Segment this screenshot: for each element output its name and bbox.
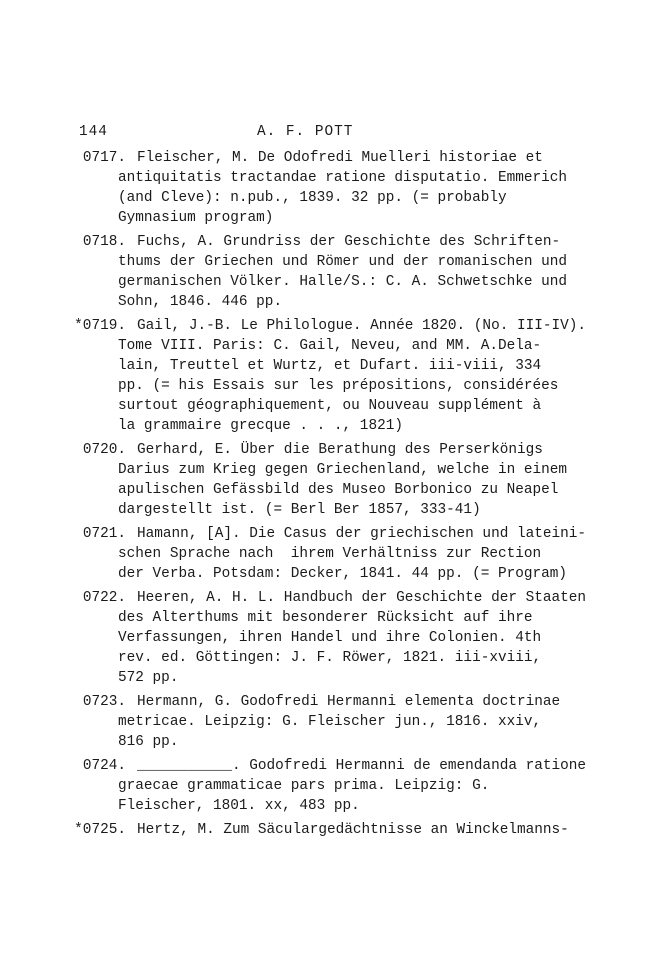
entry-number: *0719. [0,316,126,336]
entry-line: la grammaire grecque . . ., 1821) [118,416,650,436]
entry-line: der Verba. Potsdam: Decker, 1841. 44 pp.… [118,564,650,584]
bibliography-entry-0720: 0720. Gerhard, E. Über die Berathung des… [0,440,650,520]
entry-line: Fleischer, M. De Odofredi Muelleri histo… [118,148,650,168]
entry-line: rev. ed. Göttingen: J. F. Röwer, 1821. i… [118,648,650,668]
entry-line: des Alterthums mit besonderer Rücksicht … [118,608,650,628]
entry-line: Gail, J.-B. Le Philologue. Année 1820. (… [118,316,650,336]
entry-line: germanischen Völker. Halle/S.: C. A. Sch… [118,272,650,292]
entry-line: Darius zum Krieg gegen Griechenland, wel… [118,460,650,480]
entry-line: Hermann, G. Godofredi Hermanni elementa … [118,692,650,712]
entry-line: thums der Griechen und Römer und der rom… [118,252,650,272]
entry-line: antiquitatis tractandae ratione disputat… [118,168,650,188]
entry-number: 0721. [0,524,126,544]
entry-line: Fleischer, 1801. xx, 483 pp. [118,796,650,816]
entry-line: Tome VIII. Paris: C. Gail, Neveu, and MM… [118,336,650,356]
entry-line: ___________. Godofredi Hermanni de emend… [118,756,650,776]
entry-line: 572 pp. [118,668,650,688]
bibliography-entry-0722: 0722. Heeren, A. H. L. Handbuch der Gesc… [0,588,650,688]
entry-line: Gymnasium program) [118,208,650,228]
scanned-book-page: 144 A. F. POTT 0717. Fleischer, M. De Od… [0,0,650,975]
entry-line: schen Sprache nach ihrem Verhältniss zur… [118,544,650,564]
entry-line: apulischen Gefässbild des Museo Borbonic… [118,480,650,500]
page-header: 144 A. F. POTT [0,124,650,144]
entry-line: 816 pp. [118,732,650,752]
entry-number: 0720. [0,440,126,460]
bibliography-entry-0721: 0721. Hamann, [A]. Die Casus der griechi… [0,524,650,584]
entry-line: dargestellt ist. (= Berl Ber 1857, 333-4… [118,500,650,520]
entry-line: (and Cleve): n.pub., 1839. 32 pp. (= pro… [118,188,650,208]
entry-line: Heeren, A. H. L. Handbuch der Geschichte… [118,588,650,608]
entry-number: 0724. [0,756,126,776]
bibliography-entry-0717: 0717. Fleischer, M. De Odofredi Muelleri… [0,148,650,228]
entry-line: Hertz, M. Zum Säculargedächtnisse an Win… [118,820,650,840]
entry-line: graecae grammaticae pars prima. Leipzig:… [118,776,650,796]
entry-number: 0717. [0,148,126,168]
bibliography-entry-0725: *0725. Hertz, M. Zum Säculargedächtnisse… [0,820,650,840]
bibliography-entry-0723: 0723. Hermann, G. Godofredi Hermanni ele… [0,692,650,752]
bibliography-entry-0724: 0724. ___________. Godofredi Hermanni de… [0,756,650,816]
page-number: 144 [79,124,108,140]
entry-number: 0723. [0,692,126,712]
entry-number: *0725. [0,820,126,840]
entry-line: metricae. Leipzig: G. Fleischer jun., 18… [118,712,650,732]
bibliography-entry-0718: 0718. Fuchs, A. Grundriss der Geschichte… [0,232,650,312]
entry-line: Fuchs, A. Grundriss der Geschichte des S… [118,232,650,252]
entry-line: Sohn, 1846. 446 pp. [118,292,650,312]
bibliography-entry-0719: *0719. Gail, J.-B. Le Philologue. Année … [0,316,650,436]
entry-line: surtout géographiquement, ou Nouveau sup… [118,396,650,416]
entry-number: 0722. [0,588,126,608]
running-title: A. F. POTT [257,124,353,140]
entry-line: pp. (= his Essais sur les prépositions, … [118,376,650,396]
entry-line: lain, Treuttel et Wurtz, et Dufart. iii-… [118,356,650,376]
entry-line: Gerhard, E. Über die Berathung des Perse… [118,440,650,460]
entry-line: Verfassungen, ihren Handel und ihre Colo… [118,628,650,648]
entry-number: 0718. [0,232,126,252]
entry-line: Hamann, [A]. Die Casus der griechischen … [118,524,650,544]
bibliography-list: 0717. Fleischer, M. De Odofredi Muelleri… [0,148,650,844]
